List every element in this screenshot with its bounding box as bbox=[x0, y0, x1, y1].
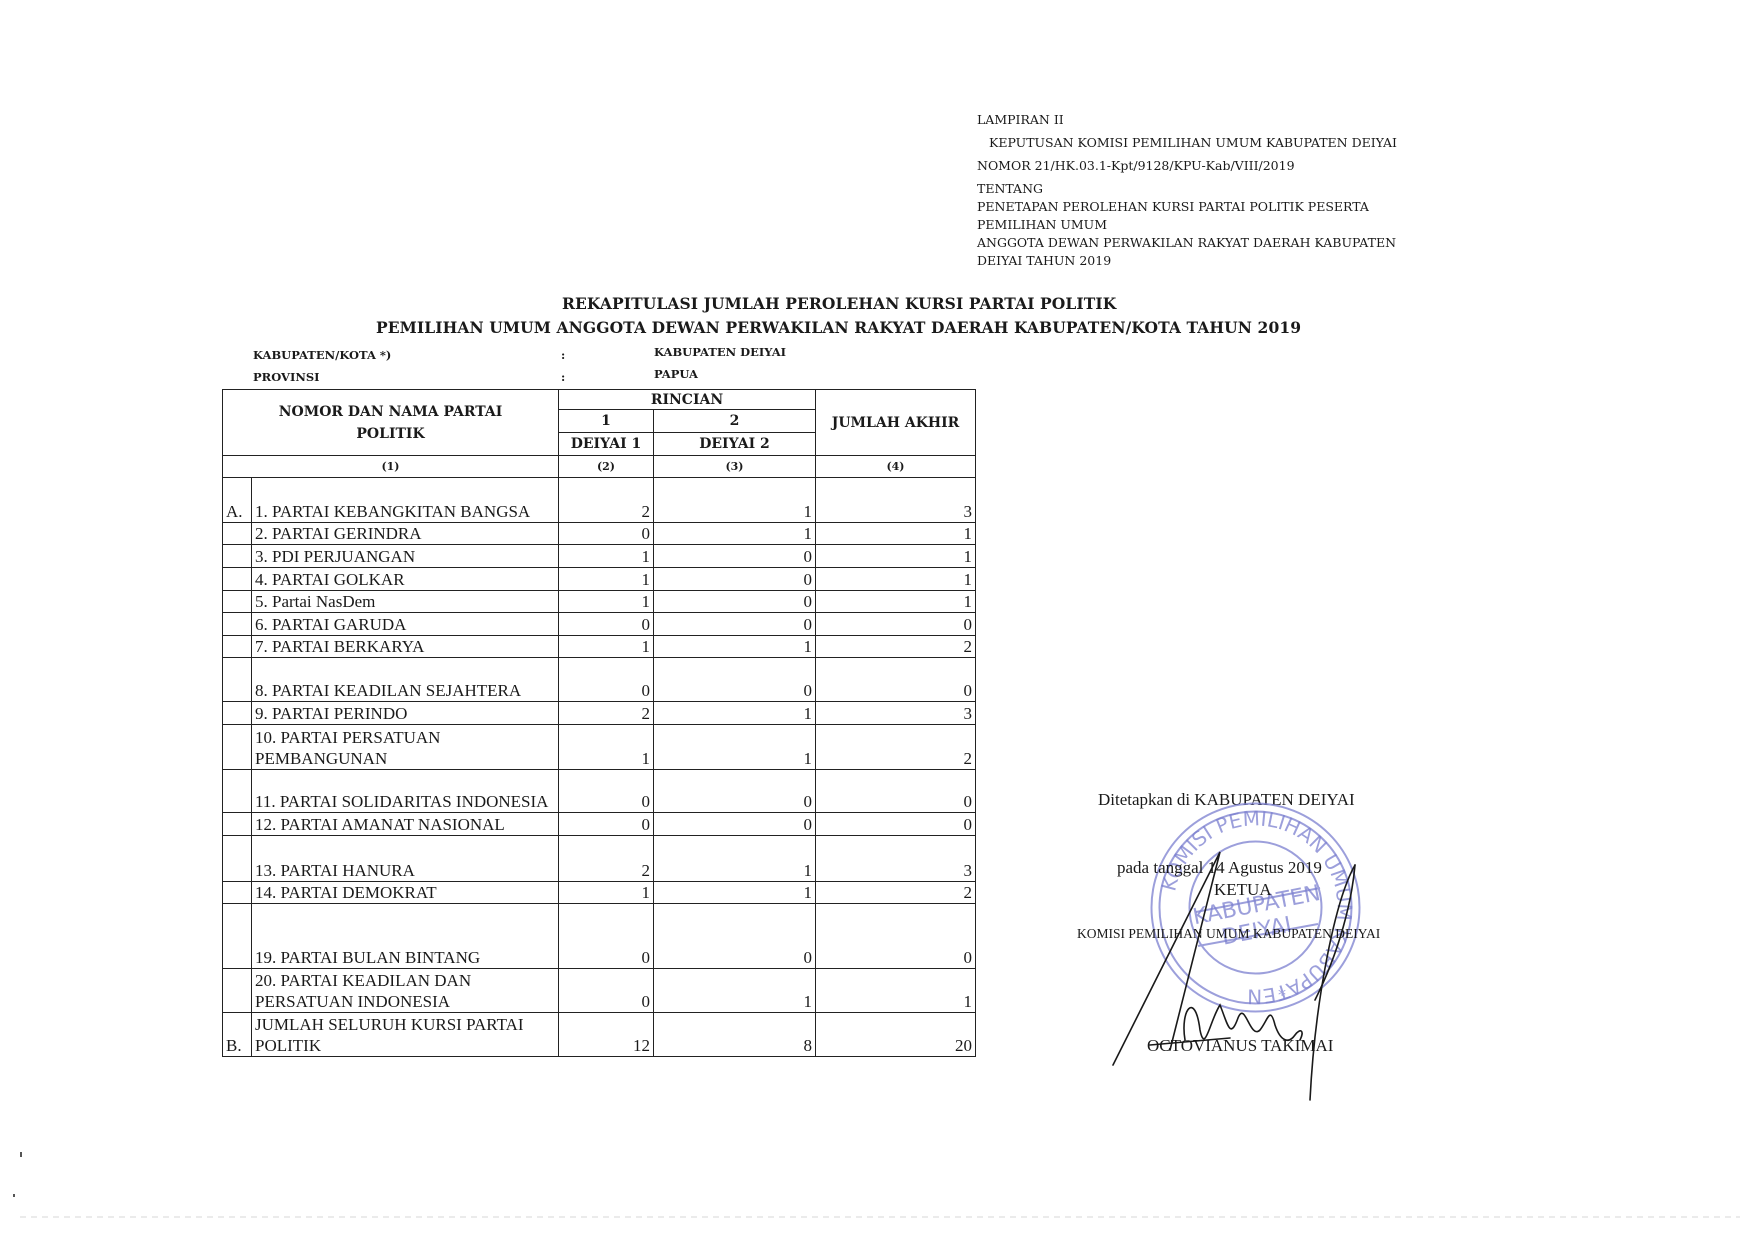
scan-speck bbox=[20, 1152, 22, 1157]
table-row: 9. PARTAI PERINDO213 bbox=[223, 702, 976, 725]
seats-total: 3 bbox=[816, 836, 976, 882]
section-cell bbox=[223, 568, 252, 591]
seats-total: 0 bbox=[816, 813, 976, 836]
col-number-4: (4) bbox=[816, 456, 976, 478]
section-cell bbox=[223, 591, 252, 613]
seats-deiyai-1: 1 bbox=[559, 568, 654, 591]
seats-deiyai-2: 1 bbox=[654, 969, 816, 1013]
section-cell bbox=[223, 813, 252, 836]
seat-recap-table: NOMOR DAN NAMA PARTAI POLITIK RINCIAN JU… bbox=[222, 389, 976, 1057]
table-row: 14. PARTAI DEMOKRAT112 bbox=[223, 882, 976, 904]
seats-deiyai-2: 0 bbox=[654, 904, 816, 969]
seats-deiyai-2: 1 bbox=[654, 523, 816, 545]
header-dapil-name-1: DEIYAI 1 bbox=[559, 433, 654, 456]
party-name: 2. PARTAI GERINDRA bbox=[252, 523, 559, 545]
seats-deiyai-1: 2 bbox=[559, 478, 654, 523]
seats-deiyai-2: 0 bbox=[654, 568, 816, 591]
party-name: 3. PDI PERJUANGAN bbox=[252, 545, 559, 568]
signatory-name: OCTOVIANUS TAKIMAI bbox=[1147, 1036, 1333, 1056]
col-number-1: (1) bbox=[223, 456, 559, 478]
scan-speck bbox=[13, 1194, 15, 1197]
seats-total: 3 bbox=[816, 702, 976, 725]
tahun-line: DEIYAI TAHUN 2019 bbox=[977, 255, 1111, 268]
total-row: B.JUMLAH SELURUH KURSI PARTAI POLITIK128… bbox=[223, 1013, 976, 1057]
seats-total: 2 bbox=[816, 636, 976, 658]
col-number-2: (2) bbox=[559, 456, 654, 478]
section-cell bbox=[223, 904, 252, 969]
section-b-label: B. bbox=[223, 1013, 252, 1057]
lampiran-label: LAMPIRAN II bbox=[977, 114, 1064, 127]
table-row: 5. Partai NasDem101 bbox=[223, 591, 976, 613]
section-cell bbox=[223, 636, 252, 658]
seats-total: 2 bbox=[816, 882, 976, 904]
col-number-3: (3) bbox=[654, 456, 816, 478]
seats-deiyai-1: 0 bbox=[559, 523, 654, 545]
seats-deiyai-2: 0 bbox=[654, 613, 816, 636]
party-name: 6. PARTAI GARUDA bbox=[252, 613, 559, 636]
seats-deiyai-2: 1 bbox=[654, 636, 816, 658]
section-cell bbox=[223, 523, 252, 545]
party-name: 7. PARTAI BERKARYA bbox=[252, 636, 559, 658]
seats-deiyai-1: 0 bbox=[559, 969, 654, 1013]
party-name: 10. PARTAI PERSATUAN PEMBANGUNAN bbox=[252, 725, 559, 770]
table-row: A.1. PARTAI KEBANGKITAN BANGSA213 bbox=[223, 478, 976, 523]
document-title: REKAPITULASI JUMLAH PEROLEHAN KURSI PART… bbox=[562, 294, 1116, 313]
seats-deiyai-2: 0 bbox=[654, 545, 816, 568]
seats-deiyai-1: 1 bbox=[559, 636, 654, 658]
total-deiyai-1: 12 bbox=[559, 1013, 654, 1057]
party-name: 8. PARTAI KEADILAN SEJAHTERA bbox=[252, 658, 559, 702]
table-row: 20. PARTAI KEADILAN DAN PERSATUAN INDONE… bbox=[223, 969, 976, 1013]
section-cell bbox=[223, 658, 252, 702]
pemilihan-line: PEMILIHAN UMUM bbox=[977, 219, 1107, 232]
seats-deiyai-2: 0 bbox=[654, 658, 816, 702]
seats-deiyai-1: 1 bbox=[559, 545, 654, 568]
seats-total: 0 bbox=[816, 904, 976, 969]
kabupaten-value: KABUPATEN DEIYAI bbox=[654, 345, 786, 359]
seats-total: 1 bbox=[816, 545, 976, 568]
section-cell bbox=[223, 969, 252, 1013]
seats-total: 0 bbox=[816, 613, 976, 636]
seats-deiyai-1: 0 bbox=[559, 613, 654, 636]
seats-deiyai-1: 2 bbox=[559, 702, 654, 725]
party-name: 11. PARTAI SOLIDARITAS INDONESIA bbox=[252, 770, 559, 813]
total-all: 20 bbox=[816, 1013, 976, 1057]
seats-deiyai-2: 1 bbox=[654, 836, 816, 882]
tentang-line: TENTANG bbox=[977, 183, 1043, 196]
seats-deiyai-2: 1 bbox=[654, 478, 816, 523]
seats-deiyai-1: 1 bbox=[559, 725, 654, 770]
seats-deiyai-2: 1 bbox=[654, 702, 816, 725]
seats-total: 1 bbox=[816, 568, 976, 591]
table-row: 6. PARTAI GARUDA000 bbox=[223, 613, 976, 636]
provinsi-separator: : bbox=[561, 370, 565, 384]
seats-total: 2 bbox=[816, 725, 976, 770]
seats-deiyai-2: 0 bbox=[654, 591, 816, 613]
header-dapil-number-2: 2 bbox=[654, 410, 816, 433]
table-row: 10. PARTAI PERSATUAN PEMBANGUNAN112 bbox=[223, 725, 976, 770]
header-total: JUMLAH AKHIR bbox=[816, 390, 976, 456]
section-a-label: A. bbox=[223, 478, 252, 523]
seats-deiyai-2: 0 bbox=[654, 813, 816, 836]
provinsi-label: PROVINSI bbox=[253, 370, 320, 384]
party-name: 20. PARTAI KEADILAN DAN PERSATUAN INDONE… bbox=[252, 969, 559, 1013]
nomor-line: NOMOR 21/HK.03.1-Kpt/9128/KPU-Kab/VIII/2… bbox=[977, 160, 1295, 173]
section-cell bbox=[223, 836, 252, 882]
seats-total: 1 bbox=[816, 591, 976, 613]
seats-deiyai-1: 1 bbox=[559, 882, 654, 904]
seats-total: 0 bbox=[816, 658, 976, 702]
keputusan-line: KEPUTUSAN KOMISI PEMILIHAN UMUM KABUPATE… bbox=[989, 137, 1397, 150]
table-row: 19. PARTAI BULAN BINTANG000 bbox=[223, 904, 976, 969]
table-row: 13. PARTAI HANURA213 bbox=[223, 836, 976, 882]
table-row: 12. PARTAI AMANAT NASIONAL000 bbox=[223, 813, 976, 836]
table-row: 4. PARTAI GOLKAR101 bbox=[223, 568, 976, 591]
seats-deiyai-2: 0 bbox=[654, 770, 816, 813]
table-row: 11. PARTAI SOLIDARITAS INDONESIA000 bbox=[223, 770, 976, 813]
section-cell bbox=[223, 725, 252, 770]
seats-deiyai-1: 1 bbox=[559, 591, 654, 613]
anggota-line: ANGGOTA DEWAN PERWAKILAN RAKYAT DAERAH K… bbox=[977, 237, 1396, 250]
section-cell bbox=[223, 770, 252, 813]
kabupaten-separator: : bbox=[561, 348, 565, 362]
seats-total: 3 bbox=[816, 478, 976, 523]
scan-noise-line bbox=[20, 1216, 1740, 1218]
handwritten-signature-icon bbox=[1110, 840, 1380, 1130]
section-cell bbox=[223, 545, 252, 568]
party-name: 9. PARTAI PERINDO bbox=[252, 702, 559, 725]
section-cell bbox=[223, 613, 252, 636]
party-name: 19. PARTAI BULAN BINTANG bbox=[252, 904, 559, 969]
provinsi-value: PAPUA bbox=[654, 367, 698, 381]
seats-deiyai-1: 0 bbox=[559, 770, 654, 813]
party-name: 1. PARTAI KEBANGKITAN BANGSA bbox=[252, 478, 559, 523]
party-name: 5. Partai NasDem bbox=[252, 591, 559, 613]
header-dapil-name-2: DEIYAI 2 bbox=[654, 433, 816, 456]
seats-total: 0 bbox=[816, 770, 976, 813]
section-cell bbox=[223, 882, 252, 904]
seats-deiyai-1: 0 bbox=[559, 658, 654, 702]
kabupaten-label: KABUPATEN/KOTA *) bbox=[253, 348, 391, 362]
table-row: 7. PARTAI BERKARYA112 bbox=[223, 636, 976, 658]
header-dapil-number-1: 1 bbox=[559, 410, 654, 433]
party-name: 13. PARTAI HANURA bbox=[252, 836, 559, 882]
seats-deiyai-1: 2 bbox=[559, 836, 654, 882]
party-name: 14. PARTAI DEMOKRAT bbox=[252, 882, 559, 904]
table-row: 3. PDI PERJUANGAN101 bbox=[223, 545, 976, 568]
total-deiyai-2: 8 bbox=[654, 1013, 816, 1057]
section-cell bbox=[223, 702, 252, 725]
seats-deiyai-2: 1 bbox=[654, 882, 816, 904]
seats-total: 1 bbox=[816, 969, 976, 1013]
document-subtitle: PEMILIHAN UMUM ANGGOTA DEWAN PERWAKILAN … bbox=[376, 318, 1301, 337]
header-party: NOMOR DAN NAMA PARTAI POLITIK bbox=[223, 390, 559, 456]
seats-total: 1 bbox=[816, 523, 976, 545]
party-name: 12. PARTAI AMANAT NASIONAL bbox=[252, 813, 559, 836]
table-row: 2. PARTAI GERINDRA011 bbox=[223, 523, 976, 545]
total-label: JUMLAH SELURUH KURSI PARTAI POLITIK bbox=[252, 1013, 559, 1057]
seats-deiyai-2: 1 bbox=[654, 725, 816, 770]
table-row: 8. PARTAI KEADILAN SEJAHTERA000 bbox=[223, 658, 976, 702]
seats-deiyai-1: 0 bbox=[559, 813, 654, 836]
party-name: 4. PARTAI GOLKAR bbox=[252, 568, 559, 591]
seats-deiyai-1: 0 bbox=[559, 904, 654, 969]
penetapan-line: PENETAPAN PEROLEHAN KURSI PARTAI POLITIK… bbox=[977, 201, 1369, 214]
header-rincian: RINCIAN bbox=[559, 390, 816, 410]
